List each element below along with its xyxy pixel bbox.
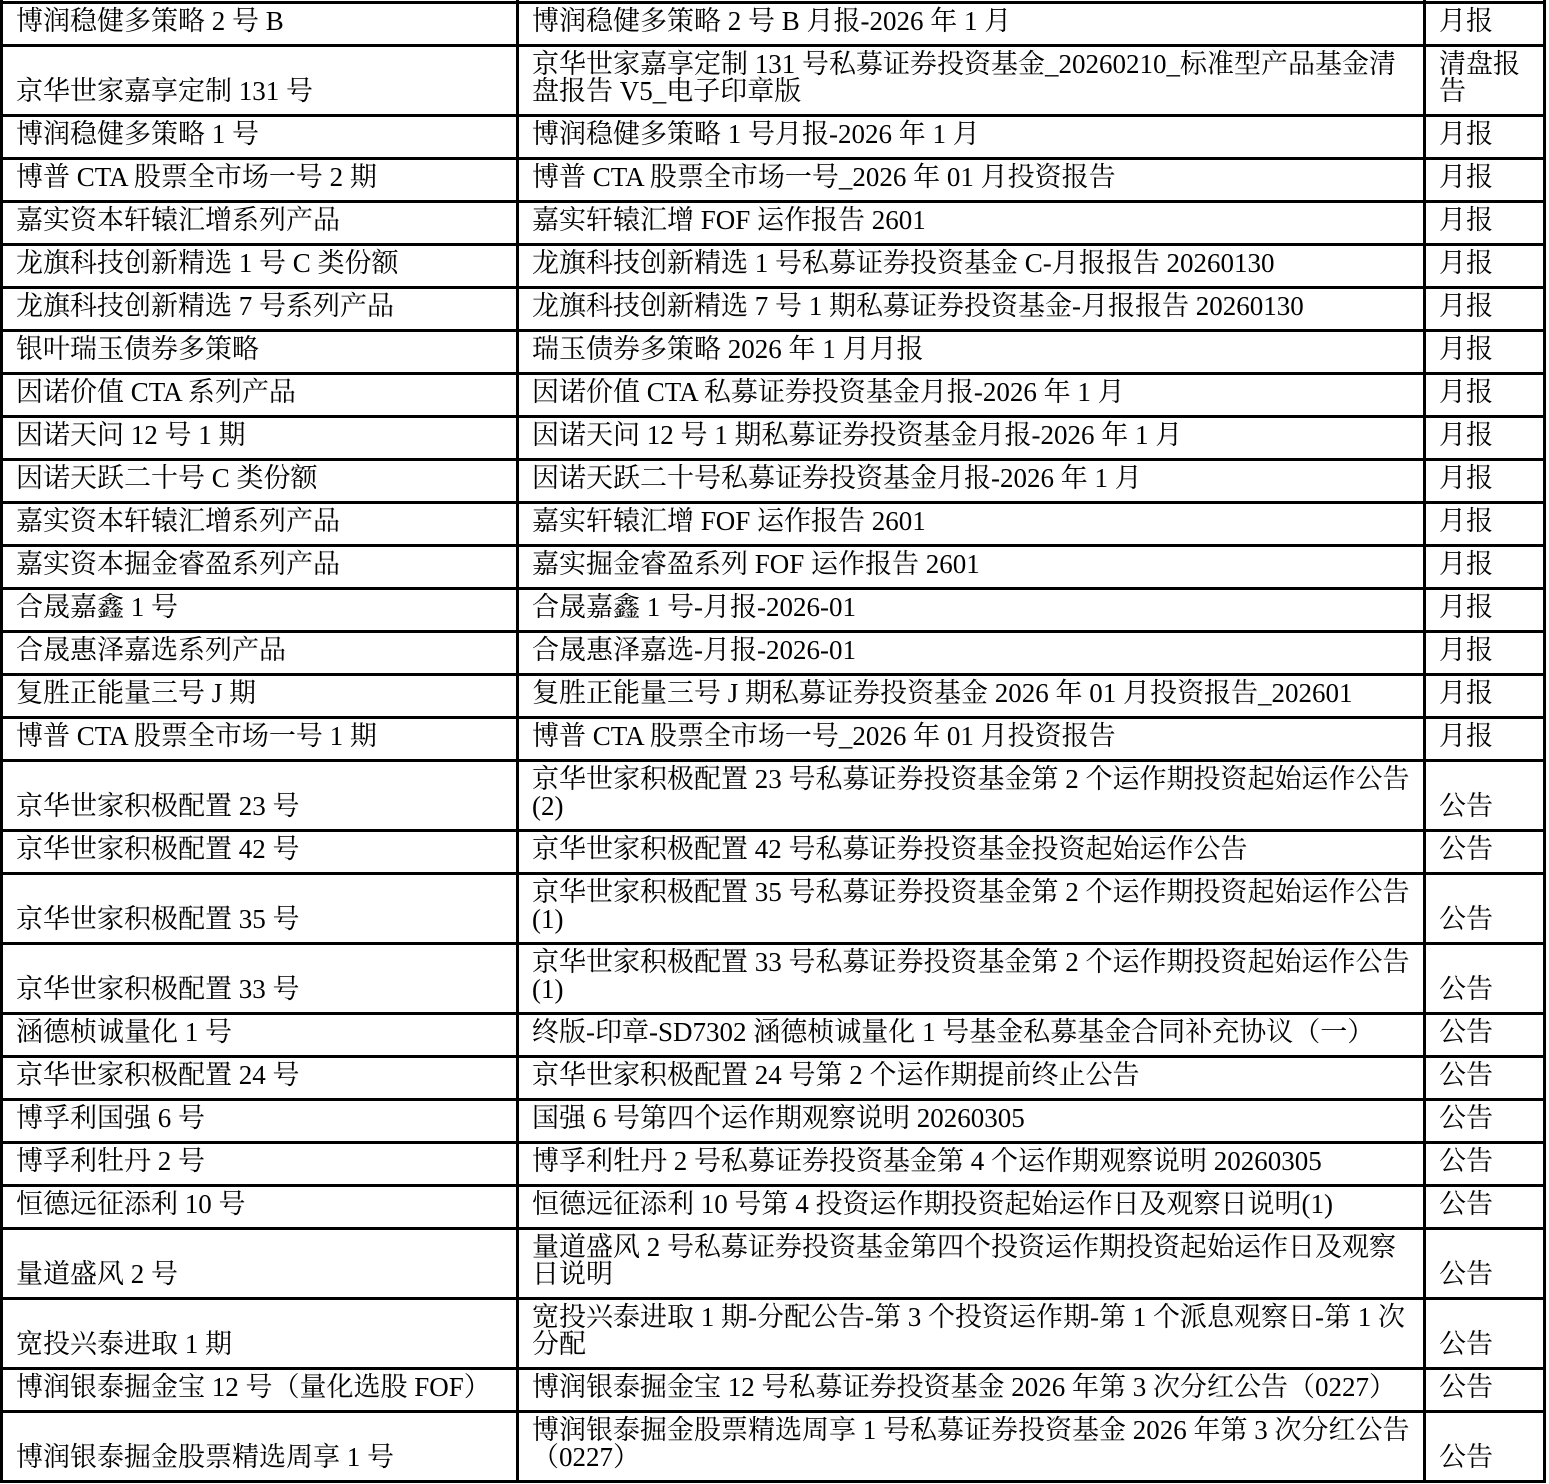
report-type-cell: 月报 <box>1425 3 1545 46</box>
report-type-cell: 公告 <box>1425 874 1545 944</box>
report-title-cell: 合晟嘉鑫 1 号-月报-2026-01 <box>518 589 1425 632</box>
report-type-cell: 月报 <box>1425 202 1545 245</box>
fund-name-cell: 涵德桢诚量化 1 号 <box>2 1014 518 1057</box>
fund-name-cell: 复胜正能量三号 J 期 <box>2 675 518 718</box>
fund-reports-table: 博润稳健多策略 2 号 B 博润稳健多策略 2 号 B 月报-2026 年 1 … <box>0 0 1546 1483</box>
fund-name-cell: 博孚利国强 6 号 <box>2 1100 518 1143</box>
report-title-cell: 终版-印章-SD7302 涵德桢诚量化 1 号基金私募基金合同补充协议（一） <box>518 1014 1425 1057</box>
table-row: 博润银泰掘金宝 12 号（量化选股 FOF） 博润银泰掘金宝 12 号私募证券投… <box>2 1369 1545 1412</box>
table-row: 博润稳健多策略 2 号 B 博润稳健多策略 2 号 B 月报-2026 年 1 … <box>2 3 1545 46</box>
table-row: 博孚利国强 6 号 国强 6 号第四个运作期观察说明 20260305 公告 <box>2 1100 1545 1143</box>
table-row: 京华世家积极配置 24 号 京华世家积极配置 24 号第 2 个运作期提前终止公… <box>2 1057 1545 1100</box>
table-row: 复胜正能量三号 J 期 复胜正能量三号 J 期私募证券投资基金 2026 年 0… <box>2 675 1545 718</box>
report-type-cell: 公告 <box>1425 1100 1545 1143</box>
report-type-cell: 公告 <box>1425 1014 1545 1057</box>
table-row: 嘉实资本轩辕汇增系列产品 嘉实轩辕汇增 FOF 运作报告 2601 月报 <box>2 202 1545 245</box>
fund-name-cell: 因诺价值 CTA 系列产品 <box>2 374 518 417</box>
table-row: 博普 CTA 股票全市场一号 1 期 博普 CTA 股票全市场一号_2026 年… <box>2 718 1545 761</box>
report-title-cell: 因诺天跃二十号私募证券投资基金月报-2026 年 1 月 <box>518 460 1425 503</box>
table-row: 嘉实资本轩辕汇增系列产品 嘉实轩辕汇增 FOF 运作报告 2601 月报 <box>2 503 1545 546</box>
table-row: 龙旗科技创新精选 7 号系列产品 龙旗科技创新精选 7 号 1 期私募证券投资基… <box>2 288 1545 331</box>
report-title-cell: 宽投兴泰进取 1 期-分配公告-第 3 个投资运作期-第 1 个派息观察日-第 … <box>518 1299 1425 1369</box>
fund-name-cell: 博润银泰掘金宝 12 号（量化选股 FOF） <box>2 1369 518 1412</box>
table-row: 合晟惠泽嘉选系列产品 合晟惠泽嘉选-月报-2026-01 月报 <box>2 632 1545 675</box>
report-type-cell: 公告 <box>1425 831 1545 874</box>
fund-name-cell: 嘉实资本轩辕汇增系列产品 <box>2 202 518 245</box>
report-type-cell: 公告 <box>1425 1057 1545 1100</box>
table-row: 博润稳健多策略 1 号 博润稳健多策略 1 号月报-2026 年 1 月 月报 <box>2 116 1545 159</box>
table-row: 京华世家积极配置 42 号 京华世家积极配置 42 号私募证券投资基金投资起始运… <box>2 831 1545 874</box>
report-type-cell: 公告 <box>1425 761 1545 831</box>
report-type-cell: 月报 <box>1425 116 1545 159</box>
report-type-cell: 月报 <box>1425 331 1545 374</box>
report-title-cell: 嘉实掘金睿盈系列 FOF 运作报告 2601 <box>518 546 1425 589</box>
table-row: 博孚利牡丹 2 号 博孚利牡丹 2 号私募证券投资基金第 4 个运作期观察说明 … <box>2 1143 1545 1186</box>
table-row: 因诺天跃二十号 C 类份额 因诺天跃二十号私募证券投资基金月报-2026 年 1… <box>2 460 1545 503</box>
fund-name-cell: 京华世家积极配置 24 号 <box>2 1057 518 1100</box>
table-row: 宽投兴泰进取 1 期 宽投兴泰进取 1 期-分配公告-第 3 个投资运作期-第 … <box>2 1299 1545 1369</box>
report-title-cell: 因诺天问 12 号 1 期私募证券投资基金月报-2026 年 1 月 <box>518 417 1425 460</box>
report-title-cell: 博孚利牡丹 2 号私募证券投资基金第 4 个运作期观察说明 20260305 <box>518 1143 1425 1186</box>
fund-name-cell: 龙旗科技创新精选 7 号系列产品 <box>2 288 518 331</box>
report-type-cell: 公告 <box>1425 1229 1545 1299</box>
report-title-cell: 龙旗科技创新精选 1 号私募证券投资基金 C-月报报告 20260130 <box>518 245 1425 288</box>
fund-name-cell: 京华世家积极配置 33 号 <box>2 944 518 1014</box>
report-title-cell: 博润银泰掘金股票精选周享 1 号私募证券投资基金 2026 年第 3 次分红公告… <box>518 1412 1425 1482</box>
report-type-cell: 月报 <box>1425 245 1545 288</box>
table-row: 银叶瑞玉债券多策略 瑞玉债券多策略 2026 年 1 月月报 月报 <box>2 331 1545 374</box>
report-title-cell: 京华世家嘉享定制 131 号私募证券投资基金_20260210_标准型产品基金清… <box>518 46 1425 116</box>
report-title-cell: 京华世家积极配置 33 号私募证券投资基金第 2 个运作期投资起始运作公告(1) <box>518 944 1425 1014</box>
table-row: 博润银泰掘金股票精选周享 1 号 博润银泰掘金股票精选周享 1 号私募证券投资基… <box>2 1412 1545 1482</box>
fund-name-cell: 博润稳健多策略 1 号 <box>2 116 518 159</box>
fund-name-cell: 合晟嘉鑫 1 号 <box>2 589 518 632</box>
report-type-cell: 公告 <box>1425 1143 1545 1186</box>
report-type-cell: 公告 <box>1425 1369 1545 1412</box>
report-title-cell: 复胜正能量三号 J 期私募证券投资基金 2026 年 01 月投资报告_2026… <box>518 675 1425 718</box>
fund-name-cell: 博润银泰掘金股票精选周享 1 号 <box>2 1412 518 1482</box>
table-body: 博润稳健多策略 2 号 B 博润稳健多策略 2 号 B 月报-2026 年 1 … <box>2 0 1545 1482</box>
report-title-cell: 京华世家积极配置 35 号私募证券投资基金第 2 个运作期投资起始运作公告(1) <box>518 874 1425 944</box>
report-type-cell: 月报 <box>1425 718 1545 761</box>
table-row: 京华世家积极配置 33 号 京华世家积极配置 33 号私募证券投资基金第 2 个… <box>2 944 1545 1014</box>
table-row: 涵德桢诚量化 1 号 终版-印章-SD7302 涵德桢诚量化 1 号基金私募基金… <box>2 1014 1545 1057</box>
report-title-cell: 京华世家积极配置 42 号私募证券投资基金投资起始运作公告 <box>518 831 1425 874</box>
report-type-cell: 月报 <box>1425 675 1545 718</box>
fund-name-cell: 因诺天跃二十号 C 类份额 <box>2 460 518 503</box>
report-type-cell: 公告 <box>1425 1299 1545 1369</box>
report-title-cell: 瑞玉债券多策略 2026 年 1 月月报 <box>518 331 1425 374</box>
fund-name-cell: 嘉实资本轩辕汇增系列产品 <box>2 503 518 546</box>
report-title-cell: 因诺价值 CTA 私募证券投资基金月报-2026 年 1 月 <box>518 374 1425 417</box>
report-type-cell: 公告 <box>1425 1186 1545 1229</box>
report-title-cell: 恒德远征添利 10 号第 4 投资运作期投资起始运作日及观察日说明(1) <box>518 1186 1425 1229</box>
fund-name-cell: 龙旗科技创新精选 1 号 C 类份额 <box>2 245 518 288</box>
report-title-cell: 博润银泰掘金宝 12 号私募证券投资基金 2026 年第 3 次分红公告（022… <box>518 1369 1425 1412</box>
fund-name-cell: 博孚利牡丹 2 号 <box>2 1143 518 1186</box>
report-type-cell: 公告 <box>1425 1412 1545 1482</box>
fund-name-cell: 因诺天问 12 号 1 期 <box>2 417 518 460</box>
report-type-cell: 月报 <box>1425 503 1545 546</box>
report-type-cell: 月报 <box>1425 288 1545 331</box>
fund-name-cell: 嘉实资本掘金睿盈系列产品 <box>2 546 518 589</box>
report-title-cell: 京华世家积极配置 23 号私募证券投资基金第 2 个运作期投资起始运作公告(2) <box>518 761 1425 831</box>
table-row: 京华世家积极配置 23 号 京华世家积极配置 23 号私募证券投资基金第 2 个… <box>2 761 1545 831</box>
report-type-cell: 清盘报告 <box>1425 46 1545 116</box>
table-row: 恒德远征添利 10 号 恒德远征添利 10 号第 4 投资运作期投资起始运作日及… <box>2 1186 1545 1229</box>
report-type-cell: 月报 <box>1425 417 1545 460</box>
table-row: 嘉实资本掘金睿盈系列产品 嘉实掘金睿盈系列 FOF 运作报告 2601 月报 <box>2 546 1545 589</box>
fund-name-cell: 恒德远征添利 10 号 <box>2 1186 518 1229</box>
fund-name-cell: 京华世家积极配置 42 号 <box>2 831 518 874</box>
report-type-cell: 月报 <box>1425 460 1545 503</box>
fund-name-cell: 博普 CTA 股票全市场一号 1 期 <box>2 718 518 761</box>
fund-name-cell: 京华世家嘉享定制 131 号 <box>2 46 518 116</box>
report-title-cell: 国强 6 号第四个运作期观察说明 20260305 <box>518 1100 1425 1143</box>
fund-name-cell: 博普 CTA 股票全市场一号 2 期 <box>2 159 518 202</box>
report-title-cell: 博润稳健多策略 1 号月报-2026 年 1 月 <box>518 116 1425 159</box>
fund-name-cell: 合晟惠泽嘉选系列产品 <box>2 632 518 675</box>
table-row: 合晟嘉鑫 1 号 合晟嘉鑫 1 号-月报-2026-01 月报 <box>2 589 1545 632</box>
report-title-cell: 量道盛风 2 号私募证券投资基金第四个投资运作期投资起始运作日及观察日说明 <box>518 1229 1425 1299</box>
report-type-cell: 公告 <box>1425 944 1545 1014</box>
table-row: 因诺价值 CTA 系列产品 因诺价值 CTA 私募证券投资基金月报-2026 年… <box>2 374 1545 417</box>
report-title-cell: 嘉实轩辕汇增 FOF 运作报告 2601 <box>518 202 1425 245</box>
report-title-cell: 博普 CTA 股票全市场一号_2026 年 01 月投资报告 <box>518 159 1425 202</box>
fund-name-cell: 京华世家积极配置 35 号 <box>2 874 518 944</box>
report-title-cell: 龙旗科技创新精选 7 号 1 期私募证券投资基金-月报报告 20260130 <box>518 288 1425 331</box>
report-title-cell: 合晟惠泽嘉选-月报-2026-01 <box>518 632 1425 675</box>
report-title-cell: 京华世家积极配置 24 号第 2 个运作期提前终止公告 <box>518 1057 1425 1100</box>
fund-name-cell: 银叶瑞玉债券多策略 <box>2 331 518 374</box>
table-row: 博普 CTA 股票全市场一号 2 期 博普 CTA 股票全市场一号_2026 年… <box>2 159 1545 202</box>
table-row: 京华世家积极配置 35 号 京华世家积极配置 35 号私募证券投资基金第 2 个… <box>2 874 1545 944</box>
report-type-cell: 月报 <box>1425 374 1545 417</box>
report-type-cell: 月报 <box>1425 546 1545 589</box>
fund-name-cell: 博润稳健多策略 2 号 B <box>2 3 518 46</box>
report-type-cell: 月报 <box>1425 159 1545 202</box>
fund-name-cell: 宽投兴泰进取 1 期 <box>2 1299 518 1369</box>
report-type-cell: 月报 <box>1425 632 1545 675</box>
table-row: 龙旗科技创新精选 1 号 C 类份额 龙旗科技创新精选 1 号私募证券投资基金 … <box>2 245 1545 288</box>
fund-name-cell: 量道盛风 2 号 <box>2 1229 518 1299</box>
fund-name-cell: 京华世家积极配置 23 号 <box>2 761 518 831</box>
table-row: 因诺天问 12 号 1 期 因诺天问 12 号 1 期私募证券投资基金月报-20… <box>2 417 1545 460</box>
report-title-cell: 博润稳健多策略 2 号 B 月报-2026 年 1 月 <box>518 3 1425 46</box>
document-page: 博润稳健多策略 2 号 B 博润稳健多策略 2 号 B 月报-2026 年 1 … <box>0 0 1549 1484</box>
table-row: 量道盛风 2 号 量道盛风 2 号私募证券投资基金第四个投资运作期投资起始运作日… <box>2 1229 1545 1299</box>
table-row: 京华世家嘉享定制 131 号 京华世家嘉享定制 131 号私募证券投资基金_20… <box>2 46 1545 116</box>
report-title-cell: 博普 CTA 股票全市场一号_2026 年 01 月投资报告 <box>518 718 1425 761</box>
report-title-cell: 嘉实轩辕汇增 FOF 运作报告 2601 <box>518 503 1425 546</box>
report-type-cell: 月报 <box>1425 589 1545 632</box>
